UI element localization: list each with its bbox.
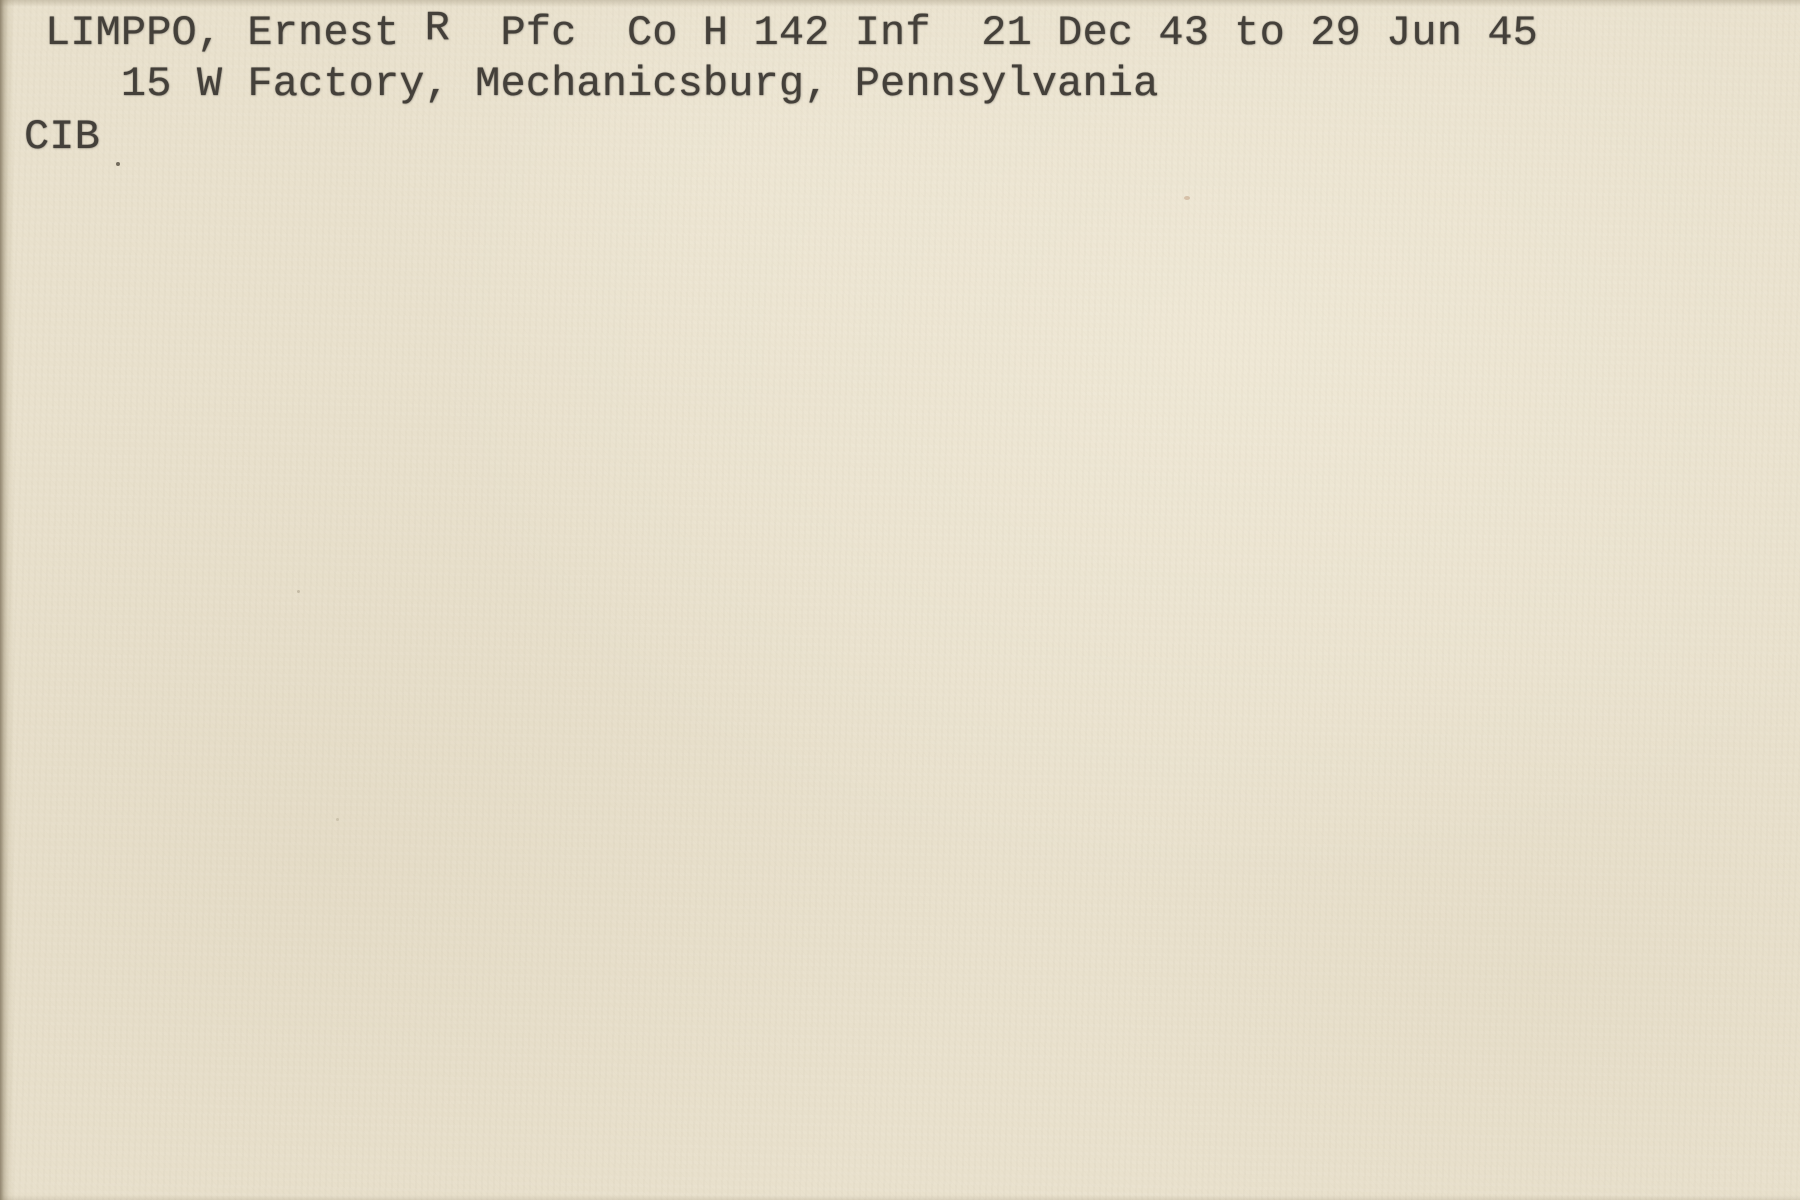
paper-speck bbox=[336, 818, 339, 821]
scan-edge-shadow-left bbox=[0, 0, 14, 1200]
typed-line-name-rank-unit-dates: LIMPPO, Ernest R Pfc Co H 142 Inf 21 Dec… bbox=[45, 10, 1538, 56]
scan-edge-shadow-top bbox=[0, 0, 1800, 7]
stray-ink-dot bbox=[116, 162, 120, 166]
typed-line-address: 15 W Factory, Mechanicsburg, Pennsylvani… bbox=[45, 61, 1158, 107]
paper-texture bbox=[0, 0, 1800, 1200]
scan-edge-shadow-bottom bbox=[0, 1195, 1800, 1200]
middle-initial-raised: R bbox=[425, 5, 450, 51]
paper-speck bbox=[1184, 196, 1190, 200]
scanned-card: LIMPPO, Ernest R Pfc Co H 142 Inf 21 Dec… bbox=[0, 0, 1800, 1200]
typed-line-award: CIB bbox=[24, 114, 100, 160]
paper-speck bbox=[297, 590, 300, 593]
rank-unit-dates-segment: Pfc Co H 142 Inf 21 Dec 43 to 29 Jun 45 bbox=[450, 9, 1538, 57]
name-segment: LIMPPO, Ernest bbox=[45, 9, 425, 57]
